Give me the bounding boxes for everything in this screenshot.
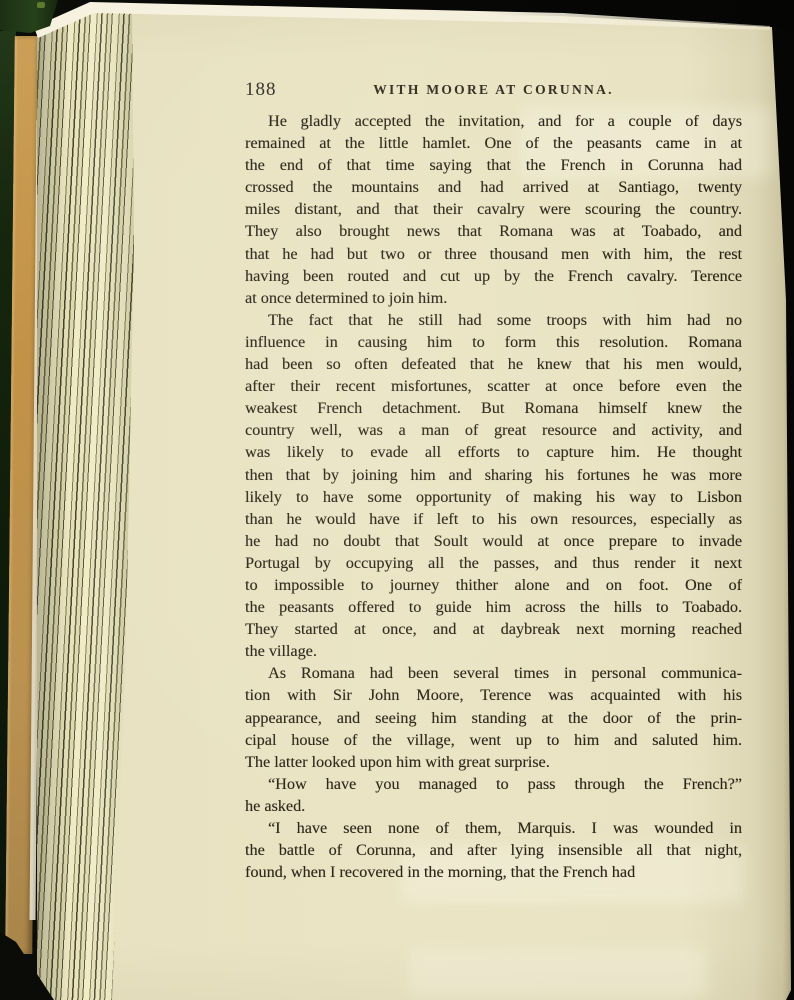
text-line: he had no doubt that Soult would at once… (245, 530, 742, 552)
text-line: They started at once, and at daybreak ne… (245, 618, 742, 640)
text-line: remained at the little hamlet. One of th… (245, 132, 742, 154)
running-header: 188 WITH MOORE AT CORUNNA. (245, 79, 742, 103)
text-line: miles distant, and that their cavalry we… (245, 198, 742, 220)
text-line: They also brought news that Romana was a… (245, 220, 742, 242)
text-line: country well, was a man of great resourc… (245, 419, 742, 441)
paragraph: As Romana had been several times in pers… (245, 662, 742, 772)
running-header-title: WITH MOORE AT CORUNNA. (245, 82, 742, 98)
text-line: had been so often defeated that he knew … (245, 353, 742, 375)
body-text: He gladly accepted the invitation, and f… (245, 110, 742, 883)
text-line: having been routed and cut up by the Fre… (245, 265, 742, 287)
text-line: The latter looked upon him with great su… (245, 751, 742, 773)
text-line: As Romana had been several times in pers… (245, 662, 742, 684)
text-line: to impossible to journey thither alone a… (245, 574, 742, 596)
text-line: He gladly accepted the invitation, and f… (245, 110, 742, 132)
text-line: weakest French detachment. But Romana hi… (245, 397, 742, 419)
scan-light-streak (408, 948, 708, 998)
text-line: the peasants offered to guide him across… (245, 596, 742, 618)
paragraph: “How have you managed to pass through th… (245, 773, 742, 817)
text-line: cipal house of the village, went up to h… (245, 729, 742, 751)
text-line: The fact that he still had some troops w… (245, 309, 742, 331)
text-line: tion with Sir John Moore, Terence was ac… (245, 684, 742, 706)
text-line: the village. (245, 640, 742, 662)
text-line: Portugal by occupying all the passes, an… (245, 552, 742, 574)
paragraph: “I have seen none of them, Marquis. I wa… (245, 817, 742, 883)
paragraph: He gladly accepted the invitation, and f… (245, 110, 742, 309)
text-line: likely to have some opportunity of makin… (245, 486, 742, 508)
text-line: appearance, and seeing him standing at t… (245, 707, 742, 729)
text-line: after their recent misfortunes, scatter … (245, 375, 742, 397)
text-line: found, when I recovered in the morning, … (245, 861, 742, 883)
text-line: than he would have if left to his own re… (245, 508, 742, 530)
text-line: the end of that time saying that the Fre… (245, 154, 742, 176)
text-line: the battle of Corunna, and after lying i… (245, 839, 742, 861)
text-line: he asked. (245, 795, 742, 817)
paragraph: The fact that he still had some troops w… (245, 309, 742, 663)
text-line: crossed the mountains and had arrived at… (245, 176, 742, 198)
book-photo: 188 WITH MOORE AT CORUNNA. He gladly acc… (0, 0, 794, 1000)
text-line: that he had but two or three thousand me… (245, 243, 742, 265)
text-line: influence in causing him to form this re… (245, 331, 742, 353)
text-line: at once determined to join him. (245, 287, 742, 309)
text-line: then that by joining him and sharing his… (245, 464, 742, 486)
text-line: was likely to evade all efforts to captu… (245, 441, 742, 463)
text-line: “I have seen none of them, Marquis. I wa… (245, 817, 742, 839)
text-line: “How have you managed to pass through th… (245, 773, 742, 795)
